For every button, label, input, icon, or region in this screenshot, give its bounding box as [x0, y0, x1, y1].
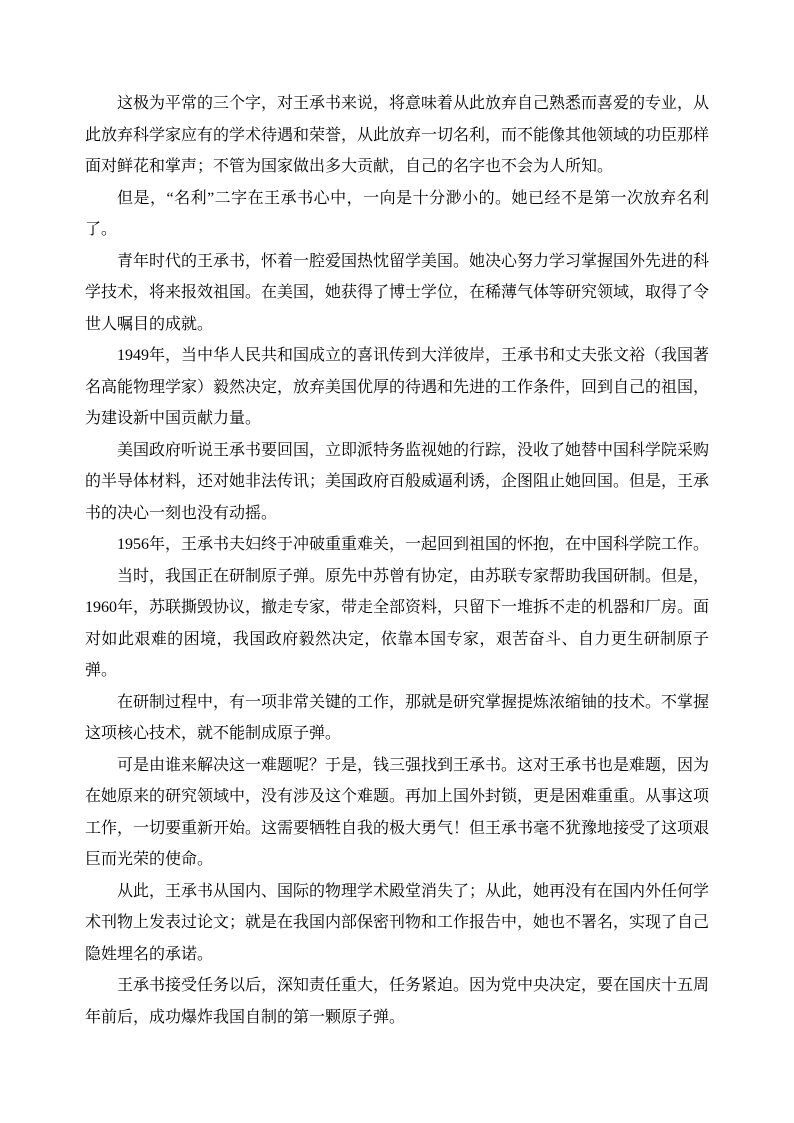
paragraph-10: 从此，王承书从国内、国际的物理学术殿堂消失了；从此，她再没有在国内外任何学术刊物…	[85, 876, 709, 971]
document-page: 这极为平常的三个字，对王承书来说，将意味着从此放弃自己熟悉而喜爱的专业，从此放弃…	[0, 0, 794, 1123]
paragraph-11: 王承书接受任务以后，深知责任重大，任务紧迫。因为党中央决定，要在国庆十五周年前后…	[85, 970, 709, 1033]
paragraph-6: 1956年，王承书夫妇终于冲破重重难关，一起回到祖国的怀抱，在中国科学院工作。	[85, 529, 709, 561]
paragraph-1: 这极为平常的三个字，对王承书来说，将意味着从此放弃自己熟悉而喜爱的专业，从此放弃…	[85, 88, 709, 183]
paragraph-9: 可是由谁来解决这一难题呢？于是，钱三强找到王承书。这对王承书也是难题，因为在她原…	[85, 750, 709, 876]
paragraph-7: 当时，我国正在研制原子弹。原先中苏曾有协定，由苏联专家帮助我国研制。但是，196…	[85, 561, 709, 687]
document-body: 这极为平常的三个字，对王承书来说，将意味着从此放弃自己熟悉而喜爱的专业，从此放弃…	[85, 88, 709, 1033]
paragraph-4: 1949年，当中华人民共和国成立的喜讯传到大洋彼岸，王承书和丈夫张文裕（我国著名…	[85, 340, 709, 435]
paragraph-3: 青年时代的王承书，怀着一腔爱国热忱留学美国。她决心努力学习掌握国外先进的科学技术…	[85, 246, 709, 341]
paragraph-5: 美国政府听说王承书要回国，立即派特务监视她的行踪，没收了她替中国科学院采购的半导…	[85, 435, 709, 530]
paragraph-2: 但是，“名利”二字在王承书心中，一向是十分渺小的。她已经不是第一次放弃名利了。	[85, 183, 709, 246]
paragraph-8: 在研制过程中，有一项非常关键的工作，那就是研究掌握提炼浓缩铀的技术。不掌握这项核…	[85, 687, 709, 750]
